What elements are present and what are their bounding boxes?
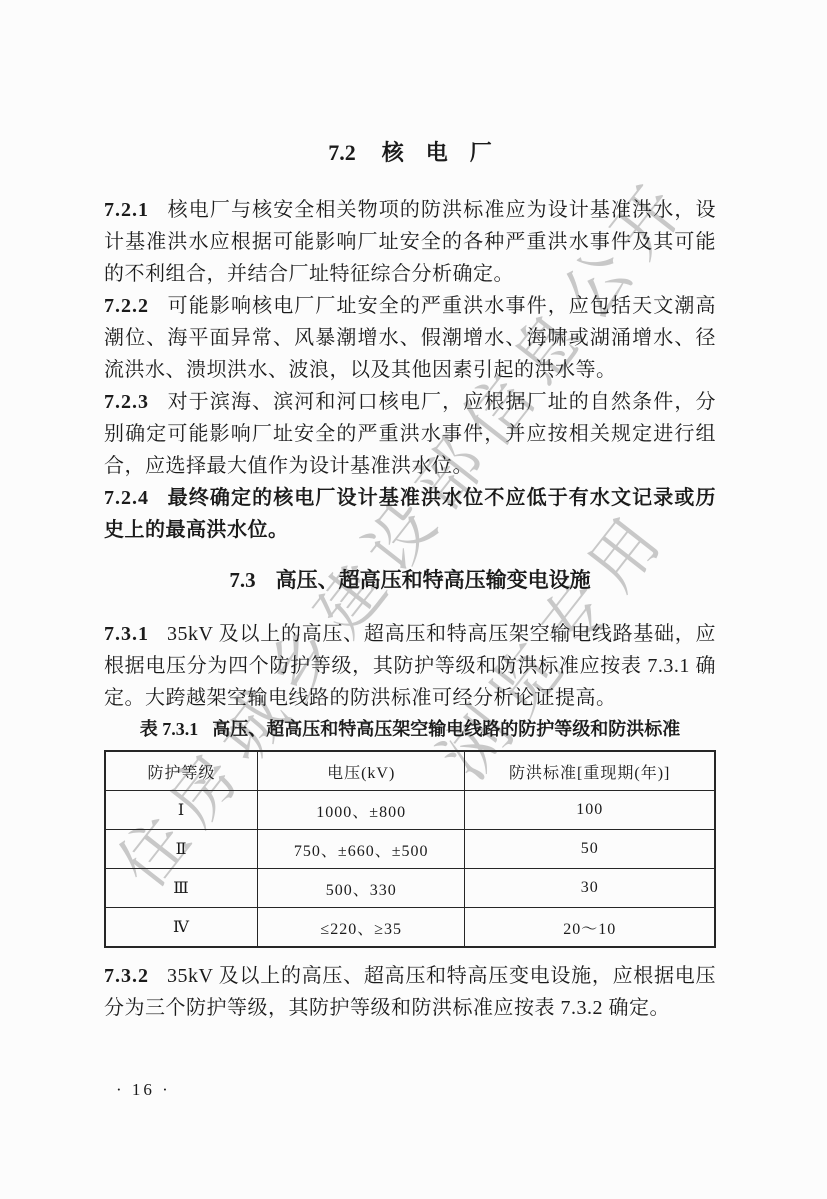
- section-7-3-title: 高压、超高压和特高压输变电设施: [276, 568, 591, 592]
- clause-7-2-3-text: 对于滨海、滨河和河口核电厂，应根据厂址的自然条件，分别确定可能影响厂址安全的严重…: [104, 391, 716, 477]
- cell-grade: Ⅲ: [105, 869, 258, 908]
- cell-voltage: ≤220、≥35: [258, 908, 465, 948]
- table-header-voltage: 电压(kV): [258, 751, 465, 791]
- cell-voltage: 1000、±800: [258, 791, 465, 830]
- clause-7-3-1: 7.3.135kV 及以上的高压、超高压和特高压架空输电线路基础，应根据电压分为…: [104, 618, 716, 714]
- clause-7-2-4-text: 最终确定的核电厂设计基准洪水位不应低于有水文记录或历史上的最高洪水位。: [104, 487, 716, 541]
- clause-7-2-2-number: 7.2.2: [104, 295, 149, 317]
- clause-7-3-1-text: 35kV 及以上的高压、超高压和特高压架空输电线路基础，应根据电压分为四个防护等…: [104, 623, 716, 709]
- page-number: · 16 ·: [116, 1080, 171, 1100]
- section-7-2-title: 核 电 厂: [382, 140, 492, 165]
- cell-standard: 100: [465, 791, 715, 830]
- section-7-3-number: 7.3: [229, 568, 255, 592]
- cell-grade: Ⅰ: [105, 791, 258, 830]
- section-7-2-heading: 7.2核 电 厂: [104, 140, 716, 166]
- table-7-3-1-caption-label: 表 7.3.1: [140, 719, 199, 739]
- table-row-grade-2: Ⅱ 750、±660、±500 50: [105, 830, 715, 869]
- cell-voltage: 750、±660、±500: [258, 830, 465, 869]
- clause-7-2-1-number: 7.2.1: [104, 199, 149, 221]
- table-7-3-1: 防护等级 电压(kV) 防洪标准[重现期(年)] Ⅰ 1000、±800 100…: [104, 750, 716, 948]
- clause-7-3-1-number: 7.3.1: [104, 623, 149, 645]
- section-7-3-heading: 7.3高压、超高压和特高压输变电设施: [104, 568, 716, 592]
- clause-7-2-1: 7.2.1核电厂与核安全相关物项的防洪标准应为设计基准洪水，设计基准洪水应根据可…: [104, 194, 716, 290]
- clause-7-2-1-text: 核电厂与核安全相关物项的防洪标准应为设计基准洪水，设计基准洪水应根据可能影响厂址…: [104, 199, 716, 285]
- clause-7-3-2: 7.3.235kV 及以上的高压、超高压和特高压变电设施，应根据电压分为三个防护…: [104, 960, 716, 1024]
- cell-standard: 20～10: [465, 908, 715, 948]
- table-row-grade-1: Ⅰ 1000、±800 100: [105, 791, 715, 830]
- cell-standard: 50: [465, 830, 715, 869]
- table-header-flood-standard: 防洪标准[重现期(年)]: [465, 751, 715, 791]
- clause-7-2-2: 7.2.2可能影响核电厂厂址安全的严重洪水事件，应包括天文潮高潮位、海平面异常、…: [104, 290, 716, 386]
- table-7-3-1-caption-text: 高压、超高压和特高压架空输电线路的防护等级和防洪标准: [212, 719, 680, 739]
- table-7-3-1-caption: 表 7.3.1高压、超高压和特高压架空输电线路的防护等级和防洪标准: [104, 718, 716, 740]
- clause-7-3-2-number: 7.3.2: [104, 965, 149, 987]
- document-page: 住房城乡建设部信息公开 浏览专用 7.2核 电 厂 7.2.1核电厂与核安全相关…: [0, 0, 827, 1199]
- page-content: 7.2核 电 厂 7.2.1核电厂与核安全相关物项的防洪标准应为设计基准洪水，设…: [104, 140, 716, 1024]
- section-7-2-number: 7.2: [328, 140, 356, 165]
- cell-voltage: 500、330: [258, 869, 465, 908]
- cell-standard: 30: [465, 869, 715, 908]
- clause-7-2-2-text: 可能影响核电厂厂址安全的严重洪水事件，应包括天文潮高潮位、海平面异常、风暴潮增水…: [104, 295, 716, 381]
- clause-7-2-4-number: 7.2.4: [104, 487, 149, 509]
- table-row-grade-4: Ⅳ ≤220、≥35 20～10: [105, 908, 715, 948]
- table-header-row: 防护等级 电压(kV) 防洪标准[重现期(年)]: [105, 751, 715, 791]
- clause-7-3-2-text: 35kV 及以上的高压、超高压和特高压变电设施，应根据电压分为三个防护等级，其防…: [104, 965, 716, 1019]
- clause-7-2-3-number: 7.2.3: [104, 391, 149, 413]
- clause-7-2-3: 7.2.3对于滨海、滨河和河口核电厂，应根据厂址的自然条件，分别确定可能影响厂址…: [104, 386, 716, 482]
- table-header-protection-grade: 防护等级: [105, 751, 258, 791]
- clause-7-2-4: 7.2.4最终确定的核电厂设计基准洪水位不应低于有水文记录或历史上的最高洪水位。: [104, 482, 716, 546]
- cell-grade: Ⅱ: [105, 830, 258, 869]
- cell-grade: Ⅳ: [105, 908, 258, 948]
- table-row-grade-3: Ⅲ 500、330 30: [105, 869, 715, 908]
